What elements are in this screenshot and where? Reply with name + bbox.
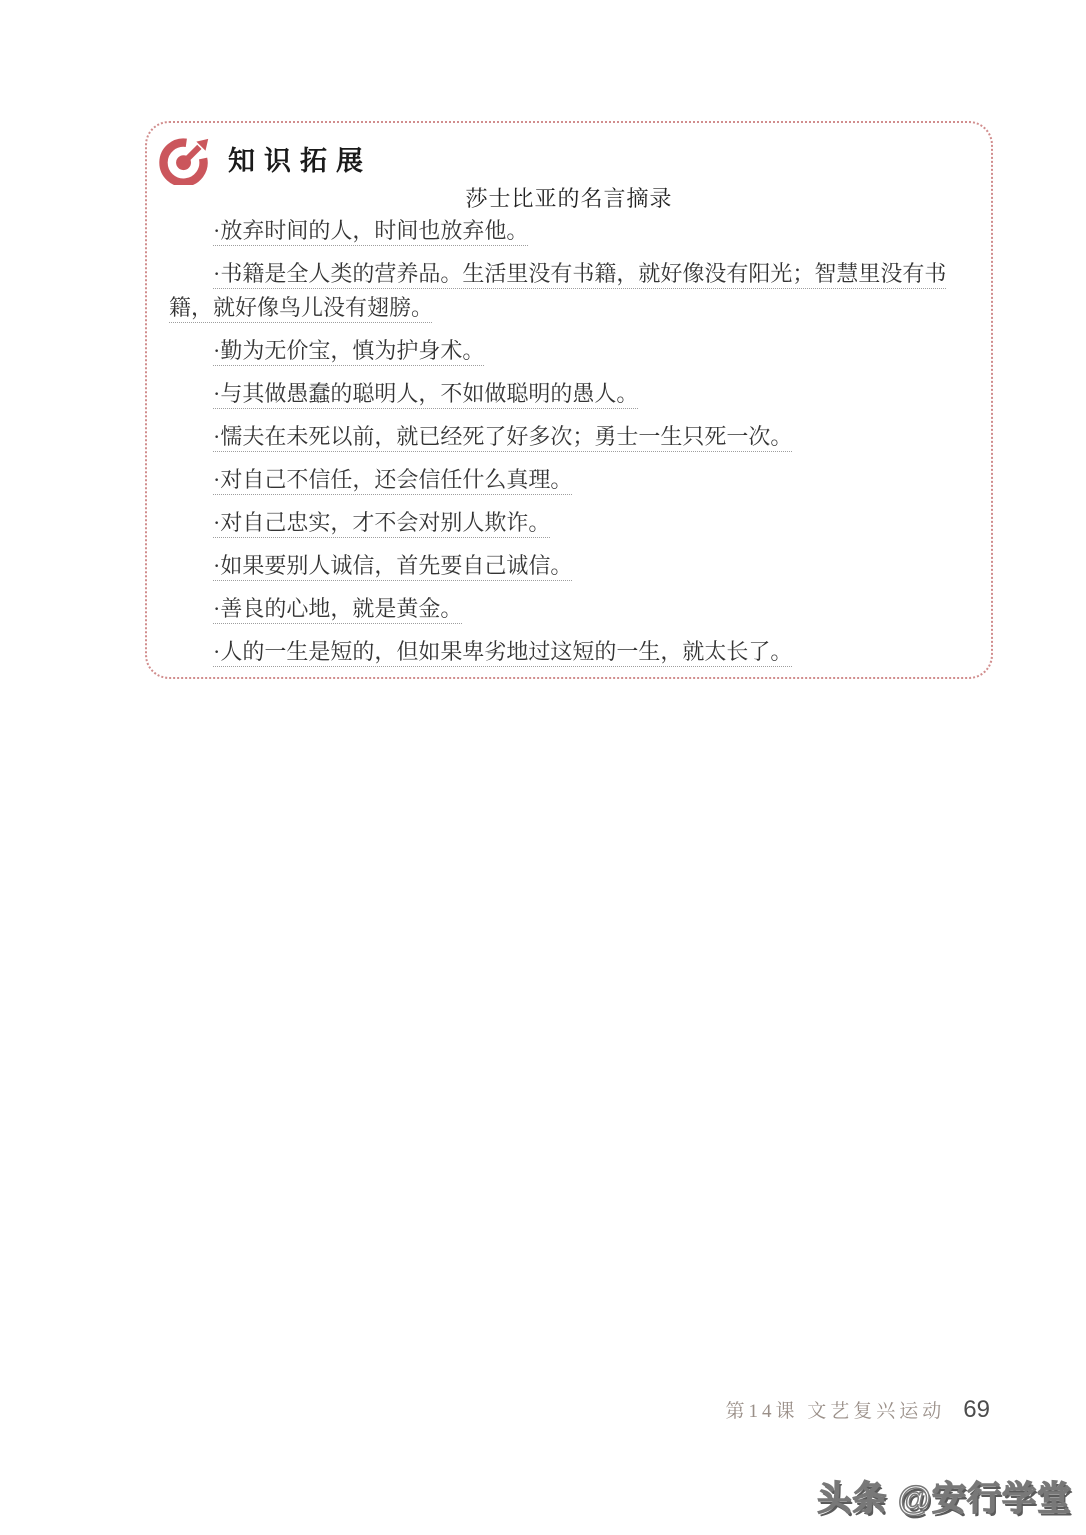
- quote-line: ·懦夫在未死以前，就已经死了好多次；勇士一生只死一次。: [169, 420, 975, 454]
- quote-line: ·书籍是全人类的营养品。生活里没有书籍，就好像没有阳光；智慧里没有书籍，就好像鸟…: [169, 257, 975, 325]
- quotes-title: 莎士比亚的名言摘录: [147, 182, 991, 213]
- quote-line: ·勤为无价宝，慎为护身术。: [169, 334, 975, 368]
- knowledge-box-heading: 知识拓展: [228, 139, 372, 178]
- quotes-list: ·放弃时间的人，时间也放弃他。 ·书籍是全人类的营养品。生活里没有书籍，就好像没…: [169, 214, 975, 678]
- target-arrow-icon: [155, 131, 213, 185]
- quote-line: ·对自己不信任，还会信任什么真理。: [169, 463, 975, 497]
- quote-line: ·对自己忠实，才不会对别人欺诈。: [169, 506, 975, 540]
- quote-line: ·放弃时间的人，时间也放弃他。: [169, 214, 975, 248]
- knowledge-box-header: 知识拓展: [155, 131, 372, 185]
- page-number: 69: [963, 1396, 990, 1424]
- quote-line: ·人的一生是短的，但如果卑劣地过这短的一生，就太长了。: [169, 635, 975, 669]
- knowledge-expansion-box: 知识拓展 莎士比亚的名言摘录 ·放弃时间的人，时间也放弃他。 ·书籍是全人类的营…: [145, 121, 993, 679]
- quote-line: ·善良的心地，就是黄金。: [169, 592, 975, 626]
- page-footer: 第14课 文艺复兴运动 69: [726, 1396, 990, 1424]
- lesson-label: 第14课 文艺复兴运动: [726, 1396, 946, 1423]
- watermark: 头条 @安行学堂: [817, 1471, 1072, 1520]
- quote-line: ·如果要别人诚信，首先要自己诚信。: [169, 549, 975, 583]
- quote-line: ·与其做愚蠢的聪明人，不如做聪明的愚人。: [169, 377, 975, 411]
